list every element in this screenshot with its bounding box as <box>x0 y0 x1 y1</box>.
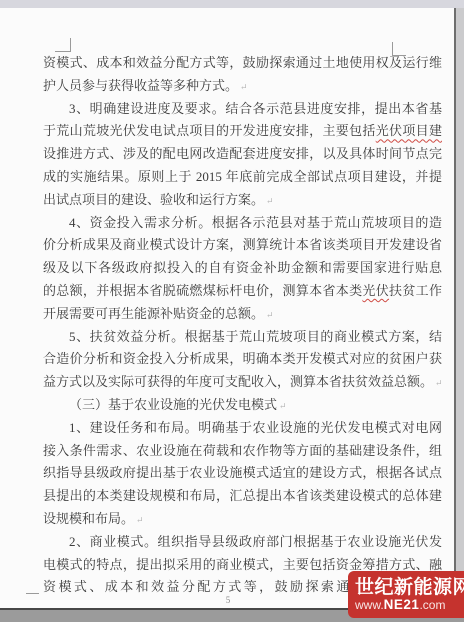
margin-crop-mark-top-left <box>55 38 71 52</box>
text-line: 设推进方式、涉及的配电网改造配套进度安排，以及具体时间节点完 <box>43 143 442 166</box>
text-segment: 资模式、成本和效益分配方式等，鼓励探索通过土地使用权及运行维 <box>43 55 442 70</box>
text-segment: （三）基于农业设施的光伏发电模式 <box>69 397 277 412</box>
app-background-top <box>0 0 464 8</box>
text-line: 成的实施结果。原则上于 2015 年底前完成全部试点项目建设，并提 <box>43 166 442 189</box>
text-segment: 2、商业模式。组织指导县级政府部门根据基于农业设施光伏发 <box>69 534 442 549</box>
text-segment: 益方式以及实际可获得的年度可支配收入，测算本省扶贫效益总额。 <box>43 374 433 389</box>
text-line: 价分析成果及商业模式设计方案，测算统计本省该类项目开发建设省 <box>43 234 442 257</box>
text-segment: 1、建设任务和布局。明确基于农业设施的光伏发电模式对电网 <box>69 420 442 435</box>
watermark-url-main: NE21 <box>384 597 420 612</box>
text-line: 4、资金投入需求分析。根据各示范县对基于荒山荒坡项目的造 <box>43 212 442 235</box>
text-line: 设规模和布局。↵ <box>43 508 442 531</box>
spellcheck-squiggle-text: 光伏 <box>362 283 389 298</box>
margin-crop-mark-bottom-left <box>26 593 39 594</box>
text-segment: 扶贫工作 <box>389 283 442 298</box>
text-line: 级及以下各级政府拟投入的自有资金补助金额和需要国家进行贴息 <box>43 257 442 280</box>
paragraph-mark-icon: ↵ <box>435 378 443 388</box>
paragraph-mark-icon: ↵ <box>136 515 144 525</box>
text-segment: 出试点项目的建设、验收和运行方案。 <box>43 192 264 207</box>
paragraph-mark-icon: ↵ <box>266 310 274 320</box>
text-line: 3、明确建设进度及要求。结合各示范县进度安排，提出本省基 <box>43 98 442 121</box>
watermark-site-url: www.NE21.com <box>355 598 445 612</box>
watermark-url-prefix: www. <box>355 598 384 612</box>
text-segment: 织指导县级政府提出基于农业设施模式适宜的建设方式，根据各试点 <box>43 465 442 480</box>
text-line: 开展需要可再生能源补贴资金的总额。↵ <box>43 303 442 326</box>
text-line: 出试点项目的建设、验收和运行方案。↵ <box>43 189 442 212</box>
text-segment: 5、扶贫效益分析。根据基于荒山荒坡项目的商业模式方案，结 <box>69 329 442 344</box>
text-segment: 县提出的本类建设规模和布局，汇总提出本省该类建设模式的总体建 <box>43 488 442 503</box>
text-line: 织指导县级政府提出基于农业设施模式适宜的建设方式，根据各试点 <box>43 462 442 485</box>
text-line: 县提出的本类建设规模和布局，汇总提出本省该类建设模式的总体建 <box>43 485 442 508</box>
text-segment: 护人员参与获得收益等多种方式。 <box>43 78 238 93</box>
text-segment: 开展需要可再生能源补贴资金的总额。 <box>43 306 264 321</box>
text-line: 2、商业模式。组织指导县级政府部门根据基于农业设施光伏发 <box>43 531 442 554</box>
text-line: 1、建设任务和布局。明确基于农业设施的光伏发电模式对电网 <box>43 417 442 440</box>
watermark-site-name: 世纪新能源网 <box>355 577 464 598</box>
text-segment: 接入条件需求、农业设施在荷载和农作物等方面的基础建设条件，组 <box>43 443 442 458</box>
text-segment: 成的实施结果。原则上于 2015 年底前完成全部试点项目建设，并提 <box>43 169 442 184</box>
text-segment: 价分析成果及商业模式设计方案，测算统计本省该类项目开发建设省 <box>43 237 442 252</box>
paragraph-mark-icon: ↵ <box>279 401 287 411</box>
paragraph-mark-icon: ↵ <box>266 196 274 206</box>
text-line: （三）基于农业设施的光伏发电模式↵ <box>43 394 442 417</box>
paragraph-mark-icon: ↵ <box>240 82 248 92</box>
text-line: 接入条件需求、农业设施在荷载和农作物等方面的基础建设条件，组 <box>43 440 442 463</box>
document-page-viewport: 资模式、成本和效益分配方式等，鼓励探索通过土地使用权及运行维护人员参与获得收益等… <box>0 0 464 622</box>
text-segment: 合造价分析和资金投入分析成果，明确本类开发模式对应的贫困户获 <box>43 351 442 366</box>
text-line: 于荒山荒坡光伏发电试点项目的开发进度安排，主要包括光伏项目建 <box>43 120 442 143</box>
text-segment: 级及以下各级政府拟投入的自有资金补助金额和需要国家进行贴息 <box>43 260 442 275</box>
page-shadow-right <box>454 8 456 609</box>
text-segment: 设推进方式、涉及的配电网改造配套进度安排，以及具体时间节点完 <box>43 146 442 161</box>
text-line: 合造价分析和资金投入分析成果，明确本类开发模式对应的贫困户获 <box>43 348 442 371</box>
app-background-right <box>456 8 464 610</box>
watermark-badge: 世纪新能源网 www.NE21.com <box>348 571 464 618</box>
spellcheck-squiggle-text: 光伏项目建 <box>376 123 442 138</box>
text-segment: 设规模和布局。 <box>43 511 134 526</box>
document-text: 资模式、成本和效益分配方式等，鼓励探索通过土地使用权及运行维护人员参与获得收益等… <box>43 52 442 599</box>
text-line: 益方式以及实际可获得的年度可支配收入，测算本省扶贫效益总额。↵ <box>43 371 442 394</box>
text-segment: 4、资金投入需求分析。根据各示范县对基于荒山荒坡项目的造 <box>69 215 442 230</box>
text-line: 5、扶贫效益分析。根据基于荒山荒坡项目的商业模式方案，结 <box>43 326 442 349</box>
text-segment: 电模式的特点，提出拟采用的商业模式，主要包括资金筹措方式、融 <box>43 557 442 572</box>
text-line: 的总额，并根据本省脱硫燃煤标杆电价，测算本省本类光伏扶贫工作 <box>43 280 442 303</box>
text-line: 资模式、成本和效益分配方式等，鼓励探索通过土地使用权及运行维 <box>43 52 442 75</box>
text-segment: 的总额，并根据本省脱硫燃煤标杆电价，测算本省本类 <box>43 283 362 298</box>
text-segment: 于荒山荒坡光伏发电试点项目的开发进度安排，主要包括 <box>43 123 376 138</box>
text-segment: 3、明确建设进度及要求。结合各示范县进度安排，提出本省基 <box>69 101 442 116</box>
watermark-url-suffix: .com <box>419 598 445 612</box>
text-line: 护人员参与获得收益等多种方式。↵ <box>43 75 442 98</box>
